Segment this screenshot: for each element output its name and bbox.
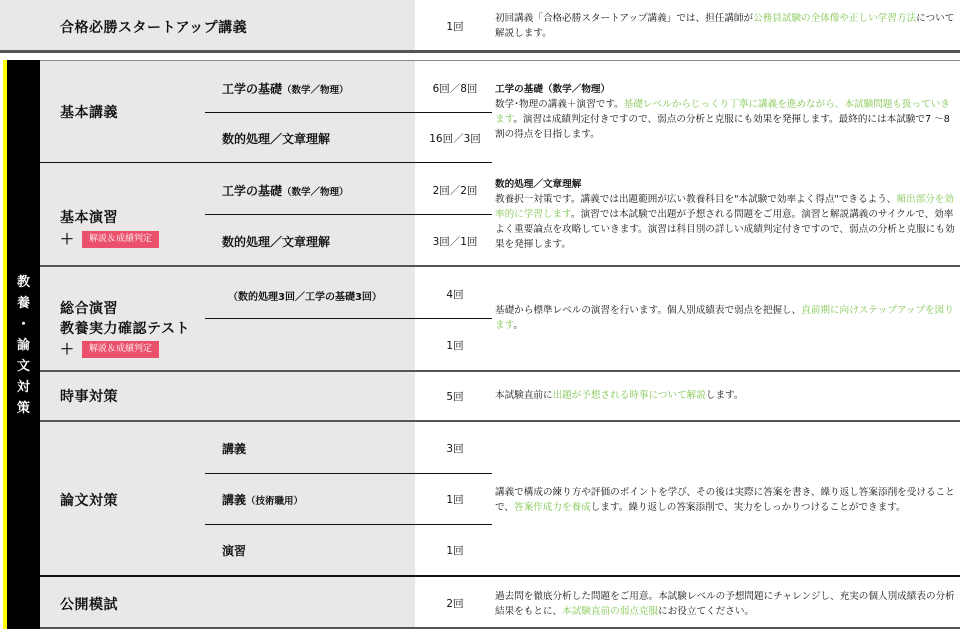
intro-count: 1回 bbox=[415, 19, 495, 34]
sidebar-char: 対 bbox=[7, 377, 40, 398]
desc-title: 工学の基礎（数学／物理） bbox=[495, 82, 955, 97]
badge-group: ＋ 解説＆成績判定 bbox=[60, 339, 159, 359]
desc-text: にお役立てください。 bbox=[658, 606, 754, 617]
row-ronbun-taisaku-description: 講義で構成の練り方や評価のポイントを学び、その後は実際に答案を書き、繰り返し答案… bbox=[495, 485, 955, 515]
sub-label-text: 工学の基礎 bbox=[222, 82, 282, 96]
divider bbox=[40, 575, 960, 577]
highlight-text: 本試験直前の弱点克服 bbox=[562, 606, 658, 617]
sub-sougou-detail: （数的処理3回／工学の基礎3回） bbox=[228, 288, 382, 303]
highlight-text: 公務員試験の全体像や正しい学習方法 bbox=[753, 13, 916, 24]
count: 4回 bbox=[415, 287, 495, 302]
sub-suteki-shori: 数的処理／文章理解 bbox=[222, 130, 330, 147]
sidebar-char: 養 bbox=[7, 293, 40, 314]
sub-label-note: （技術職用） bbox=[246, 496, 303, 507]
sub-label-text: 数的処理／文章理解 bbox=[222, 132, 330, 146]
sub-label-text: （数的処理3回／工学の基礎3回） bbox=[228, 292, 382, 303]
badge-group: ＋ 解説＆成績判定 bbox=[60, 229, 159, 249]
sub-label-text: 演習 bbox=[222, 544, 246, 558]
desc-text: します。繰り返しの答案添削で、実力をしっかりつけることができます。 bbox=[591, 502, 906, 513]
sub-suteki-shori: 数的処理／文章理解 bbox=[222, 233, 330, 250]
desc-text: します。 bbox=[706, 390, 744, 401]
divider bbox=[205, 318, 492, 319]
row-ronbun-taisaku-name: 論文対策 bbox=[60, 490, 118, 510]
divider bbox=[40, 420, 960, 422]
divider bbox=[205, 112, 492, 113]
row-koukai-moshi-description: 過去問を徹底分析した問題をご用意。本試験レベルの予想問題にチャレンジし、充実の個… bbox=[495, 589, 955, 619]
row-sougou-enshu-name-2: 教養実力確認テスト bbox=[60, 318, 190, 338]
desc-body: 数学･物理の講義＋演習です。基礎レベルからじっくり丁寧に講義を進めながら、本試験… bbox=[495, 99, 950, 140]
sidebar-category-label: 教 養 ・ 論 文 対 策 bbox=[7, 272, 40, 419]
sidebar-char: 論 bbox=[7, 335, 40, 356]
divider bbox=[0, 50, 960, 53]
count: 1回 bbox=[415, 492, 495, 507]
divider bbox=[205, 524, 492, 525]
highlight-text: 答案作成力を養成 bbox=[514, 502, 591, 513]
row-kihon-kougi-name: 基本講義 bbox=[60, 102, 118, 122]
badge-kaisetsu: 解説＆成績判定 bbox=[82, 231, 159, 248]
count: 2回／2回 bbox=[415, 183, 495, 198]
top-border bbox=[40, 60, 960, 61]
row-sougou-enshu-description: 基礎から標準レベルの演習を行います。個人別成績表で弱点を把握し、直前期に向けステ… bbox=[495, 303, 955, 333]
sub-label-text: 数的処理／文章理解 bbox=[222, 235, 330, 249]
row-jiji-taisaku-description: 本試験直前に出題が予想される時事について解説します。 bbox=[495, 388, 955, 403]
desc-body: 教養択一対策です。講義では出題範囲が広い教養科目を"本試験で効率よく得点"できる… bbox=[495, 194, 955, 250]
divider bbox=[40, 370, 960, 372]
divider bbox=[40, 162, 492, 163]
intro-course-name: 合格必勝スタートアップ講義 bbox=[60, 17, 247, 37]
row-sougou-enshu-name: 総合演習 bbox=[60, 298, 118, 318]
count: 6回／8回 bbox=[415, 81, 495, 96]
desc-text: 本試験直前に bbox=[495, 390, 553, 401]
highlight-text: 出題が予想される時事について解説 bbox=[553, 390, 706, 401]
count: 5回 bbox=[415, 389, 495, 404]
sub-kougaku-kiso: 工学の基礎（数学／物理） bbox=[222, 80, 349, 97]
desc-text: 基礎から標準レベルの演習を行います。個人別成績表で弱点を把握し、 bbox=[495, 305, 801, 316]
desc-text: 数学･物理の講義＋演習です。 bbox=[495, 99, 624, 110]
sub-label-text: 工学の基礎 bbox=[222, 184, 282, 198]
count: 16回／3回 bbox=[415, 131, 495, 146]
desc-title: 数的処理／文章理解 bbox=[495, 177, 955, 192]
plus-icon: ＋ bbox=[60, 229, 74, 249]
sidebar-char: 文 bbox=[7, 356, 40, 377]
plus-icon: ＋ bbox=[60, 339, 74, 359]
sub-kougi: 講義 bbox=[222, 440, 246, 457]
count: 3回 bbox=[415, 441, 495, 456]
row-koukai-moshi-name: 公開模試 bbox=[60, 594, 118, 614]
sidebar-char: 策 bbox=[7, 398, 40, 419]
sub-enshu: 演習 bbox=[222, 542, 246, 559]
sub-label-note: （数学／物理） bbox=[282, 85, 349, 96]
sub-label-note: （数学／物理） bbox=[282, 187, 349, 198]
count: 1回 bbox=[415, 543, 495, 558]
divider bbox=[40, 265, 960, 267]
desc-text: 。 bbox=[513, 320, 523, 331]
desc-text: 。演習は成績判定付きですので、弱点の分析と克服にも効果を発揮します。最終的には本… bbox=[495, 114, 950, 140]
sub-label-text: 講義 bbox=[222, 442, 246, 456]
sub-kougi-gijutsu: 講義（技術職用） bbox=[222, 491, 303, 508]
sidebar-char: 教 bbox=[7, 272, 40, 293]
row-kihon-kougi-description: 工学の基礎（数学／物理） 数学･物理の講義＋演習です。基礎レベルからじっくり丁寧… bbox=[495, 82, 955, 142]
row-jiji-taisaku-name: 時事対策 bbox=[60, 386, 118, 406]
badge-kaisetsu: 解説＆成績判定 bbox=[82, 341, 159, 358]
intro-description: 初回講義「合格必勝スタートアップ講義」では、担任講師が公務員試験の全体像や正しい… bbox=[495, 11, 955, 41]
count: 3回／1回 bbox=[415, 234, 495, 249]
sidebar-char: ・ bbox=[7, 314, 40, 335]
sub-label-text: 講義 bbox=[222, 493, 246, 507]
count: 1回 bbox=[415, 338, 495, 353]
desc-text: 初回講義「合格必勝スタートアップ講義」では、担任講師が bbox=[495, 13, 753, 24]
row-kihon-enshu-name: 基本演習 bbox=[60, 207, 118, 227]
desc-text: 教養択一対策です。講義では出題範囲が広い教養科目を"本試験で効率よく得点"できる… bbox=[495, 194, 896, 205]
divider bbox=[205, 473, 492, 474]
sub-kougaku-kiso: 工学の基礎（数学／物理） bbox=[222, 182, 349, 199]
divider bbox=[205, 214, 492, 215]
row-kihon-enshu-description: 数的処理／文章理解 教養択一対策です。講義では出題範囲が広い教養科目を"本試験で… bbox=[495, 177, 955, 252]
count: 2回 bbox=[415, 596, 495, 611]
